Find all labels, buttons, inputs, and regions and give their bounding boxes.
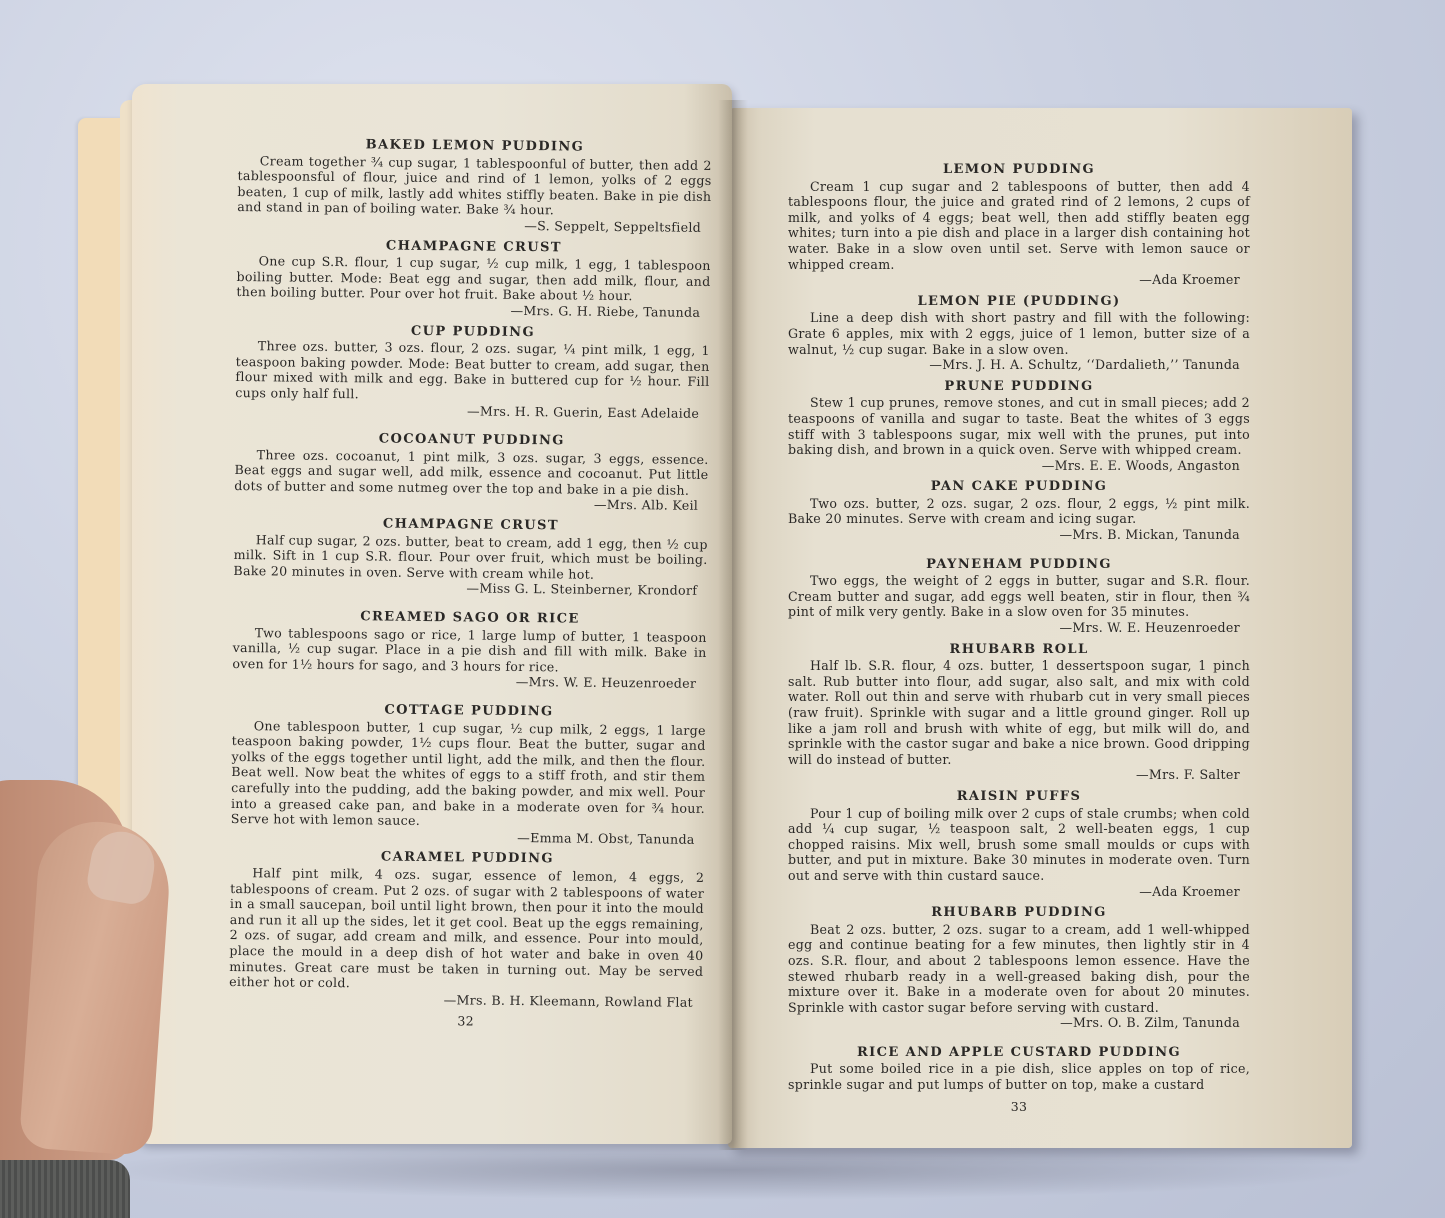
left-page-column: BAKED LEMON PUDDING Cream together ¾ cup…: [229, 136, 712, 1032]
recipe: COTTAGE PUDDING One tablespoon butter, 1…: [231, 701, 706, 847]
recipe: CUP PUDDING Three ozs. butter, 3 ozs. fl…: [235, 322, 710, 422]
recipe-title: PAN CAKE PUDDING: [788, 479, 1250, 495]
recipe-body: Beat 2 ozs. butter, 2 ozs. sugar to a cr…: [788, 922, 1250, 1016]
recipe-author: —Mrs. B. Mickan, Tanunda: [788, 527, 1250, 543]
recipe: PRUNE PUDDING Stew 1 cup prunes, remove …: [788, 379, 1250, 474]
recipe-author: —Mrs. J. H. A. Schultz, ‘‘Dardalieth,’’ …: [788, 357, 1250, 373]
recipe-author: —Mrs. F. Salter: [788, 767, 1250, 783]
recipe: PAYNEHAM PUDDING Two eggs, the weight of…: [788, 557, 1250, 636]
recipe-body: Cream together ¾ cup sugar, 1 tablespoon…: [237, 153, 712, 220]
recipe-body: Pour 1 cup of boiling milk over 2 cups o…: [788, 806, 1250, 884]
recipe-body: Half cup sugar, 2 ozs. butter, beat to c…: [233, 532, 707, 584]
recipe: COCOANUT PUDDING Three ozs. cocoanut, 1 …: [234, 430, 709, 514]
recipe-title: RAISIN PUFFS: [788, 789, 1250, 805]
recipe: CARAMEL PUDDING Half pint milk, 4 ozs. s…: [229, 848, 705, 1010]
recipe: LEMON PUDDING Cream 1 cup sugar and 2 ta…: [788, 162, 1250, 288]
page-number: 33: [788, 1099, 1250, 1115]
recipe: RHUBARB ROLL Half lb. S.R. flour, 4 ozs.…: [788, 642, 1250, 783]
right-page-column: LEMON PUDDING Cream 1 cup sugar and 2 ta…: [788, 162, 1250, 1114]
recipe-body: One tablespoon butter, 1 cup sugar, ½ cu…: [231, 718, 706, 832]
recipe-body: Stew 1 cup prunes, remove stones, and cu…: [788, 395, 1250, 457]
recipe-title: LEMON PIE (PUDDING): [788, 294, 1250, 310]
recipe-body: Put some boiled rice in a pie dish, slic…: [788, 1061, 1250, 1092]
recipe-body: One cup S.R. flour, 1 cup sugar, ½ cup m…: [236, 253, 710, 305]
recipe: RHUBARB PUDDING Beat 2 ozs. butter, 2 oz…: [788, 905, 1250, 1031]
recipe-author: —Ada Kroemer: [788, 884, 1250, 900]
recipe-title: RHUBARB PUDDING: [788, 905, 1250, 921]
recipe-title: PAYNEHAM PUDDING: [788, 557, 1250, 573]
recipe: PAN CAKE PUDDING Two ozs. butter, 2 ozs.…: [788, 479, 1250, 542]
page-number: 32: [229, 1011, 703, 1032]
recipe-body: Line a deep dish with short pastry and f…: [788, 310, 1250, 357]
left-page: BAKED LEMON PUDDING Cream together ¾ cup…: [132, 84, 732, 1144]
recipe-body: Half pint milk, 4 ozs. sugar, essence of…: [229, 865, 704, 995]
recipe: RAISIN PUFFS Pour 1 cup of boiling milk …: [788, 789, 1250, 899]
recipe-body: Two eggs, the weight of 2 eggs in butter…: [788, 573, 1250, 620]
recipe-body: Half lb. S.R. flour, 4 ozs. butter, 1 de…: [788, 658, 1250, 767]
recipe-title: RICE AND APPLE CUSTARD PUDDING: [788, 1045, 1250, 1061]
recipe-author: —Mrs. O. B. Zilm, Tanunda: [788, 1015, 1250, 1031]
recipe-title: RHUBARB ROLL: [788, 642, 1250, 658]
recipe-author: —Mrs. E. E. Woods, Angaston: [788, 458, 1250, 474]
recipe: BAKED LEMON PUDDING Cream together ¾ cup…: [237, 136, 712, 236]
book-gutter-shadow: [718, 100, 748, 1150]
recipe-author: —Ada Kroemer: [788, 272, 1250, 288]
recipe-title: LEMON PUDDING: [788, 162, 1250, 178]
recipe-body: Two tablespoons sago or rice, 1 large lu…: [232, 625, 706, 677]
recipe-body: Three ozs. butter, 3 ozs. flour, 2 ozs. …: [235, 338, 710, 405]
recipe-body: Three ozs. cocoanut, 1 pint milk, 3 ozs.…: [234, 447, 708, 499]
recipe-body: Cream 1 cup sugar and 2 tablespoons of b…: [788, 179, 1250, 273]
recipe: CHAMPAGNE CRUST Half cup sugar, 2 ozs. b…: [233, 515, 708, 599]
recipe: LEMON PIE (PUDDING) Line a deep dish wit…: [788, 294, 1250, 373]
recipe-body: Two ozs. butter, 2 ozs. sugar, 2 ozs. fl…: [788, 496, 1250, 527]
sweater-sleeve: [0, 1160, 130, 1218]
recipe: CHAMPAGNE CRUST One cup S.R. flour, 1 cu…: [236, 237, 711, 321]
right-page: LEMON PUDDING Cream 1 cup sugar and 2 ta…: [728, 108, 1352, 1148]
recipe: RICE AND APPLE CUSTARD PUDDING Put some …: [788, 1045, 1250, 1093]
recipe-author: —Mrs. W. E. Heuzenroeder: [788, 620, 1250, 636]
recipe: CREAMED SAGO OR RICE Two tablespoons sag…: [232, 608, 707, 692]
recipe-title: PRUNE PUDDING: [788, 379, 1250, 395]
